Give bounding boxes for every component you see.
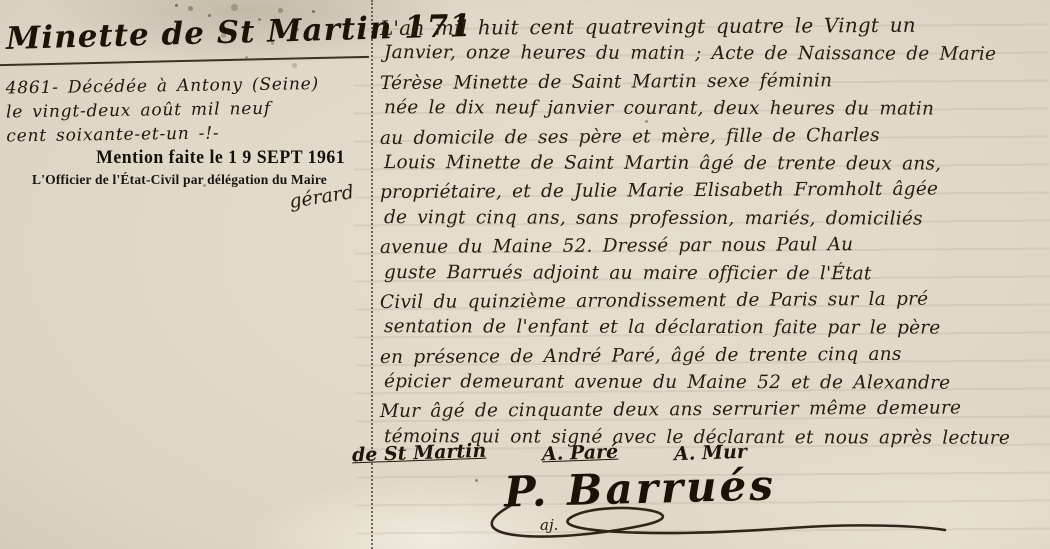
record-line: sentation de l'enfant et la déclaration … [384, 313, 1044, 342]
record-line: en présence de André Paré, âgé de trente… [380, 340, 1044, 371]
record-header-underline [0, 56, 369, 66]
witness-signature-row: de St Martin A. Paré A. Mur [352, 442, 992, 464]
record-line: Janvier, onze heures du matin ; Acte de … [384, 40, 1044, 69]
record-line: Louis Minette de Saint Martin âgé de tre… [384, 149, 1044, 178]
record-line: au domicile de ses père et mère, fille d… [380, 121, 1044, 152]
officer-title-stamp: L'Officier de l'État-Civil par délégatio… [32, 172, 327, 188]
registrar-signature-flourish [390, 488, 950, 546]
margin-death-note: 4861- Décédée à Antony (Seine) le vingt-… [6, 72, 357, 149]
record-line: née le dix neuf janvier courant, deux he… [384, 94, 1044, 123]
record-line: Civil du quinzième arrondissement de Par… [380, 285, 1044, 316]
record-line: propriétaire, et de Julie Marie Elisabet… [380, 175, 1044, 206]
record-header: Minette de St Martin 171 [6, 11, 365, 57]
witness-signature: A. Paré [542, 441, 619, 466]
registrar-signature-note: aj. [540, 516, 558, 534]
margin-column: Minette de St Martin 171 4861- Décédée à… [0, 0, 368, 549]
record-line: Mur âgé de cinquante deux ans serrurier … [380, 394, 1044, 425]
record-line: L'an mil huit cent quatrevingt quatre le… [380, 11, 1044, 42]
record-line: Térèse Minette de Saint Martin sexe fémi… [380, 66, 1044, 97]
record-line: avenue du Maine 52. Dressé par nous Paul… [380, 230, 1044, 261]
record-body: L'an mil huit cent quatrevingt quatre le… [380, 13, 1044, 451]
witness-signature: de St Martin [352, 440, 487, 467]
record-line: épicier demeurant avenue du Maine 52 et … [384, 368, 1044, 397]
margin-note-line: 4861- Décédée à Antony (Seine) [6, 72, 356, 101]
margin-rule-line [371, 0, 373, 549]
record-line: de vingt cinq ans, sans profession, mari… [384, 204, 1044, 233]
mention-date-stamp: Mention faite le 1 9 SEPT 1961 [96, 148, 345, 169]
registry-scan-page: Minette de St Martin 171 4861- Décédée à… [0, 0, 1050, 549]
margin-note-line: cent soixante-et-un -!- [6, 120, 356, 149]
record-line: guste Barrués adjoint au maire officier … [384, 259, 1044, 288]
